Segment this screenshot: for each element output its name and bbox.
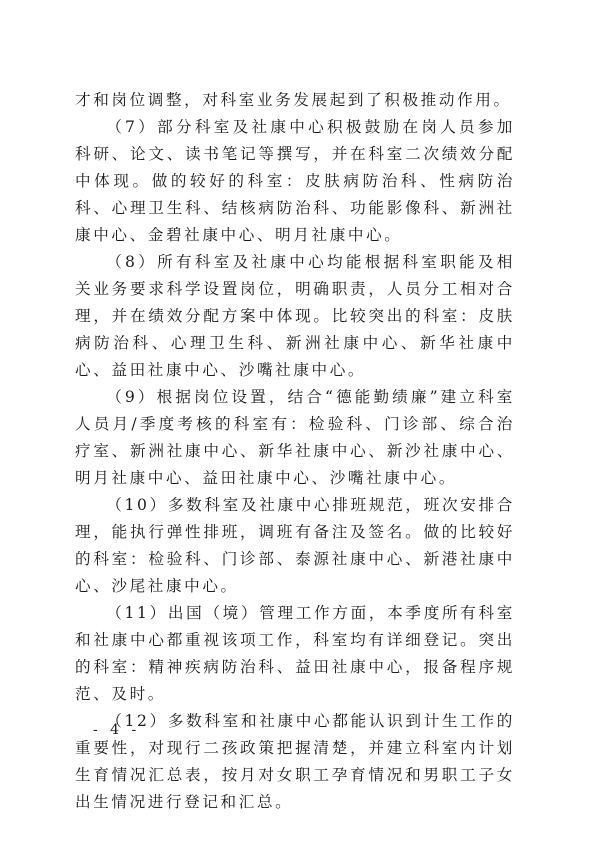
paragraph-continuation: 才和岗位调整，对科室业务发展起到了积极推动作用。 — [75, 87, 515, 114]
page-number: - 4 - — [93, 722, 140, 738]
paragraph-item-8: （8）所有科室及社康中心均能根据科室职能及相关业务要求科学设置岗位，明确职责，人… — [75, 249, 515, 384]
paragraph-item-10: （10）多数科室及社康中心排班规范，班次安排合理，能执行弹性排班，调班有备注及签… — [75, 492, 515, 600]
paragraph-item-9: （9）根据岗位设置，结合“德能勤绩廉”建立科室人员月/季度考核的科室有：检验科、… — [75, 384, 515, 492]
paragraph-item-7: （7）部分科室及社康中心积极鼓励在岗人员参加科研、论文、读书笔记等撰写，并在科室… — [75, 114, 515, 249]
paragraph-item-11: （11）出国（境）管理工作方面，本季度所有科室和社康中心都重视该项工作，科室均有… — [75, 600, 515, 708]
paragraph-item-12: （12）多数科室和社康中心都能认识到计生工作的重要性，对现行二孩政策把握清楚，并… — [75, 708, 515, 816]
body-text: 才和岗位调整，对科室业务发展起到了积极推动作用。 （7）部分科室及社康中心积极鼓… — [75, 87, 515, 816]
document-page: 才和岗位调整，对科室业务发展起到了积极推动作用。 （7）部分科室及社康中心积极鼓… — [0, 0, 600, 850]
